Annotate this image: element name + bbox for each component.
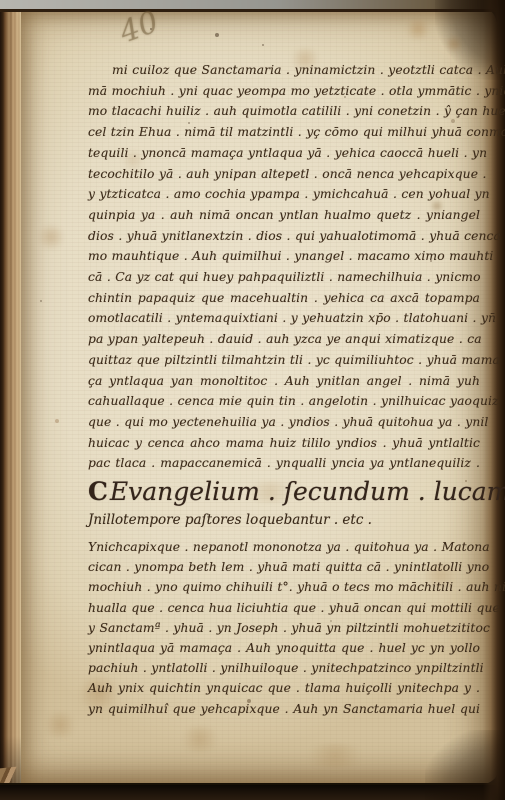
text-line: pachiuh . yntlatolli . ynilhuiloque . yn… — [88, 658, 480, 678]
binding-corner-shadow-bottom — [425, 730, 505, 800]
capitulum-mark: C — [88, 477, 110, 506]
manuscript-text: mi cuiloz que Sanctamaria . yninamictzin… — [88, 60, 480, 719]
text-line: ça yntlaqua yan monoltitoc . Auh ynitlan… — [88, 371, 480, 392]
nahuatl-paragraph-2: Ynichcapixque . nepanotl mononotza ya . … — [88, 537, 480, 719]
text-line: ynintlaqua yā mamaça . Auh ynoquitta que… — [88, 638, 480, 658]
text-line: quittaz que piltzintli tilmahtzin tli . … — [88, 350, 480, 371]
text-line: cican . ynompa beth lem . yhuā mati quit… — [88, 557, 480, 577]
text-line: mochiuh . yno quimo chihuili t°. yhuā o … — [88, 577, 480, 597]
text-line: pa ypan yaltepeuh . dauid . auh yzca ye … — [88, 329, 480, 350]
text-line: que . qui mo yectenehuilia ya . yndios .… — [88, 412, 480, 433]
text-line: dios . yhuā ynitlanextzin . dios . qui y… — [88, 226, 480, 247]
text-line: quinpia ya . auh nimā oncan yntlan hualm… — [88, 205, 480, 226]
chapter-heading: CEvangelium . ſecundum . lucam . 2 . c. — [88, 475, 480, 510]
text-line: mā mochiuh . yni quac yeompa mo yetztica… — [88, 81, 480, 102]
text-line: omotlacatili . yntemaquixtiani . y yehua… — [88, 308, 480, 329]
text-line: cahuallaque . cenca mie quin tin . angel… — [88, 391, 480, 412]
text-line: tecochitilo yā . auh ynipan altepetl . o… — [88, 164, 480, 185]
chapter-heading-text: Evangelium . ſecundum . lucam . 2 . c. — [110, 477, 505, 506]
manuscript-photo: 40 mi cuiloz que Sanctamaria . yninamict… — [0, 0, 505, 800]
background-top-edge — [0, 0, 505, 12]
text-line: Auh ynix quichtin ynquicac que . tlama h… — [88, 678, 480, 698]
text-line: huicac y cenca ahco mama huiz tililo ynd… — [88, 433, 480, 454]
text-line: hualla que . cenca hua liciuhtia que . y… — [88, 598, 480, 618]
text-line: Ynichcapixque . nepanotl mononotza ya . … — [88, 537, 480, 557]
book-fore-edge-leaves — [0, 4, 21, 796]
text-line: yn quimilhuî que yehcapixque . Auh yn Sa… — [88, 699, 480, 719]
text-line: mo mauhtique . Auh quimilhui . ynangel .… — [88, 246, 480, 267]
text-line: cā . Ca yz cat qui huey pahpaquiliztli .… — [88, 267, 480, 288]
text-line: cel tzin Ehua . nimā til matzintli . yç … — [88, 122, 480, 143]
latin-incipit: Jnillotempore paſtores loquebantur . etc… — [88, 510, 480, 532]
text-line: y Sanctamª . yhuā . yn Joseph . yhuā yn … — [88, 618, 480, 638]
text-line: y ytzticatca . amo cochia ypampa . ymich… — [88, 184, 480, 205]
text-line: mo tlacachi huiliz . auh quimotla catili… — [88, 101, 480, 122]
text-line: chintin papaquiz que macehualtin . yehic… — [88, 288, 480, 309]
text-line: pac tlaca . mapaccanemicā . ynqualli ync… — [88, 453, 480, 474]
nahuatl-paragraph-1: mi cuiloz que Sanctamaria . yninamictzin… — [88, 60, 480, 474]
text-line: mi cuiloz que Sanctamaria . yninamictzin… — [88, 60, 480, 81]
text-line: tequili . ynoncā mamaça yntlaqua yā . ye… — [88, 143, 480, 164]
ink-specks — [0, 0, 2, 2]
